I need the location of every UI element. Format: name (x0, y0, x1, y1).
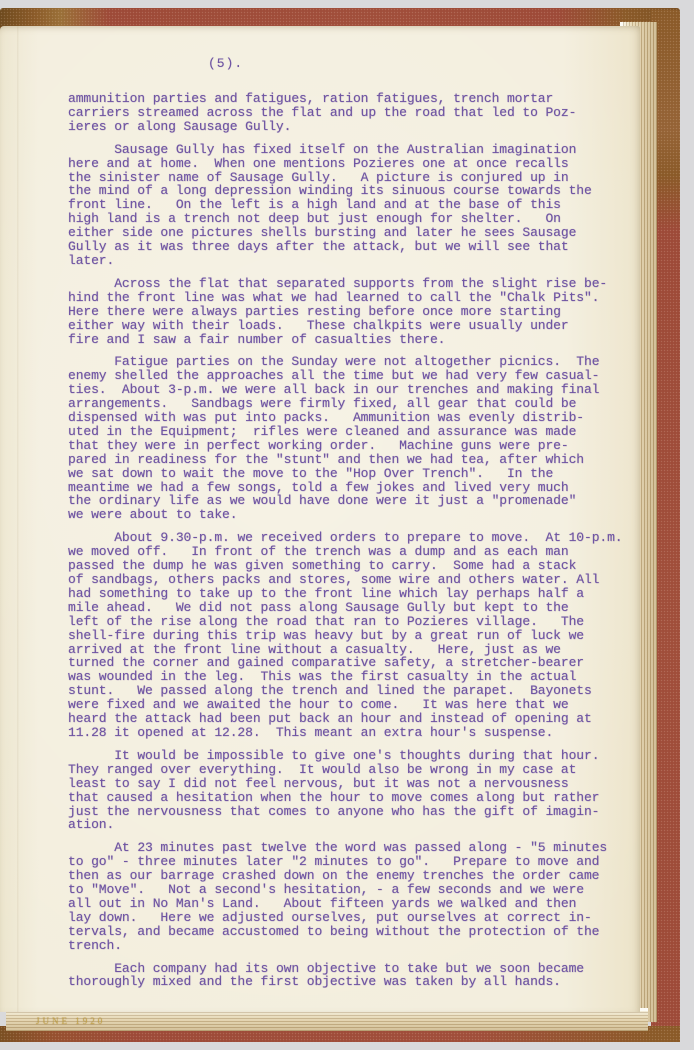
paragraph-5: About 9.30-p.m. we received orders to pr… (68, 531, 626, 740)
typed-text-body: ammunition parties and fatigues, ration … (68, 92, 626, 998)
page-fold-line (17, 26, 19, 1012)
paragraph-2: Sausage Gully has fixed itself on the Au… (68, 143, 626, 268)
paragraph-8: Each company had its own objective to ta… (68, 962, 626, 990)
page-number: (5). (208, 56, 243, 71)
paragraph-3: Across the flat that separated supports … (68, 277, 626, 347)
paragraph-1: ammunition parties and fatigues, ration … (68, 92, 626, 134)
paragraph-7: At 23 minutes past twelve the word was p… (68, 841, 626, 952)
document-page: (5). ammunition parties and fatigues, ra… (0, 26, 640, 1012)
paragraph-6: It would be impossible to give one's tho… (68, 749, 626, 832)
photo-background: JUNE 1920 (5). ammunition parties and fa… (0, 0, 694, 1050)
spine-date-stamp: JUNE 1920 (36, 1016, 105, 1026)
paragraph-4: Fatigue parties on the Sunday were not a… (68, 355, 626, 522)
